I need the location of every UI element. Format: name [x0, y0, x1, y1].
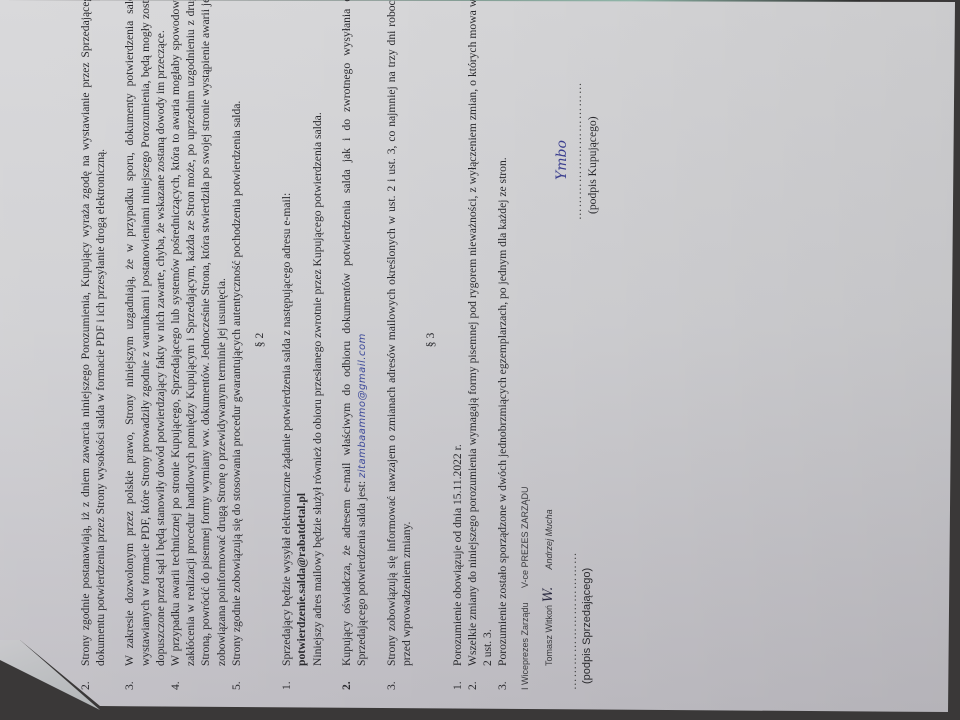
seller-stamp-title-2: V-ce PREZES ZARZĄDU: [520, 486, 530, 588]
seller-stamp-name-1: Tomasz Witkoń: [544, 605, 554, 666]
item-text: Strony zgodnie zobowiązują się do stosow…: [229, 0, 244, 666]
list-item: 4. W przypadku awarii technicznej po str…: [168, 0, 229, 690]
buyer-handwritten-signature: Ymbo: [555, 20, 570, 180]
list-item: 1. Porozumienie obowiązuje od dnia 15.11…: [450, 0, 465, 690]
list-item: 3. Strony zobowiązują się informować naw…: [384, 0, 414, 690]
buyer-signature-label: (podpis Kupującego): [585, 20, 600, 214]
buyer-signature: Ymbo …………………………… (podpis Kupującego): [555, 20, 601, 220]
item-text-part: Niniejszy adres mailowy będzie służył ró…: [311, 112, 324, 666]
item-text-part: Sprzedający będzie wysyłał elektroniczne…: [280, 193, 293, 666]
section-3-heading: § 3: [423, 0, 438, 690]
seller-signature: I Wiceprezes Zarządu V-ce PREZES ZARZĄDU…: [517, 430, 596, 690]
item-text: Sprzedający będzie wysyłał elektroniczne…: [279, 0, 325, 666]
seller-signature-line: ……………………………: [565, 430, 580, 690]
buyer-signature-line: ……………………………: [570, 20, 585, 220]
list-item: 2. Strony zgodnie postanawiają, iż z dni…: [78, 0, 108, 690]
item-text: W zakresie dozwolonym przez polskie praw…: [122, 0, 168, 666]
item-number: 2.: [339, 666, 370, 690]
item-text: Strony zgodnie postanawiają, iż z dniem …: [78, 0, 108, 666]
seller-email: potwierdzenie.salda@rabatdetal.pl: [295, 493, 308, 666]
item-text: Porozumienie zostało sporządzone w dwóch…: [495, 0, 510, 666]
item-number: 3.: [384, 666, 414, 690]
item-number: 3.: [122, 666, 168, 690]
item-text: Strony zobowiązują się informować nawzaj…: [384, 0, 414, 666]
list-item: 2. Kupujący oświadcza, że adresem e-mail…: [339, 0, 370, 690]
seller-signature-label: (podpis Sprzedającego): [580, 430, 595, 684]
item-number: 5.: [229, 666, 244, 690]
item-text: Porozumienie obowiązuje od dnia 15.11.20…: [450, 0, 465, 666]
item-text: W przypadku awarii technicznej po stroni…: [168, 0, 229, 666]
list-item: 3. W zakresie dozwolonym przez polskie p…: [122, 0, 168, 690]
signature-block: I Wiceprezes Zarządu V-ce PREZES ZARZĄDU…: [517, 0, 637, 690]
section-3-list: 1. Porozumienie obowiązuje od dnia 15.11…: [450, 0, 511, 690]
item-text: Kupujący oświadcza, że adresem e-mail wł…: [339, 0, 370, 666]
seller-handwritten-signature: W.: [541, 587, 556, 602]
section-2-heading: § 2: [252, 0, 267, 690]
list-item: 1. Sprzedający będzie wysyłał elektronic…: [279, 0, 325, 690]
item-number: 1.: [279, 666, 325, 690]
handwritten-buyer-email: zitambaammo@gmail.com: [357, 333, 368, 478]
item-text: Wszelkie zmiany do niniejszego porozumie…: [465, 0, 495, 666]
item-number: 2.: [78, 666, 108, 690]
list-item: 2. Wszelkie zmiany do niniejszego porozu…: [465, 0, 495, 690]
item-number: 2.: [465, 666, 495, 690]
document-page: 2. Strony zgodnie postanawiają, iż z dni…: [78, 0, 718, 690]
item-number: 3.: [495, 666, 510, 690]
section-1-list: 2. Strony zgodnie postanawiają, iż z dni…: [78, 0, 244, 690]
list-item: 3. Porozumienie zostało sporządzone w dw…: [495, 0, 510, 690]
seller-stamp-name-2: Andrzej Mucha: [544, 509, 554, 569]
item-number: 4.: [168, 666, 229, 690]
list-item: 5. Strony zgodnie zobowiązują się do sto…: [229, 0, 244, 690]
item-number: 1.: [450, 666, 465, 690]
seller-stamp-title-1: I Wiceprezes Zarządu: [520, 602, 530, 690]
